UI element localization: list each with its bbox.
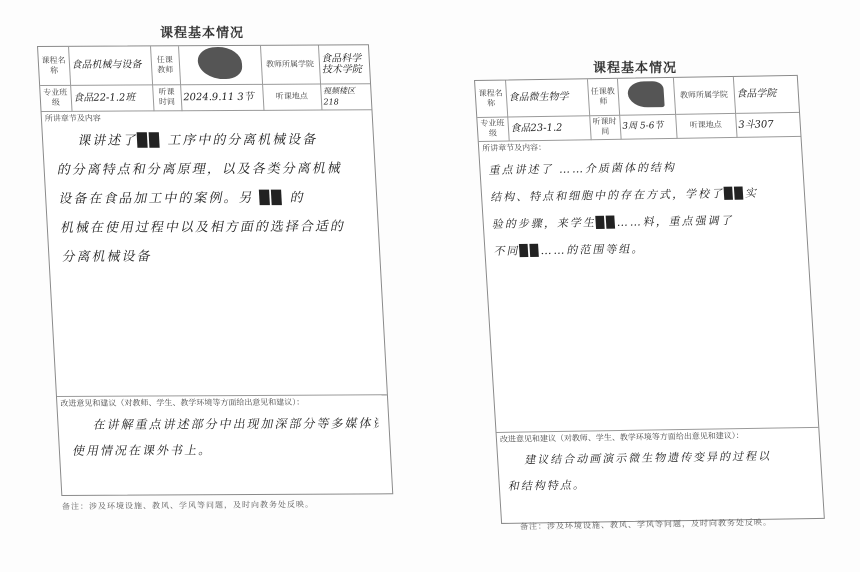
value-teacher (178, 46, 262, 84)
suggestion-line: 和结构特点。 (507, 469, 812, 500)
form-2-suggestion-section: 改进意见和建议（对教师、学生、教学环境等方面给出意见和建议）： 建议结合动画演示… (497, 427, 824, 522)
content-line: 课讲述了██ 工序中的分离机械设备 (54, 125, 363, 156)
form-1-suggestion-section: 改进意见和建议（对教师、学生、教学环境等方面给出意见和建议）： 在讲解重点讲述部… (57, 395, 392, 487)
label-listen-place: 听课地点 (262, 84, 321, 110)
label-teacher-college: 教师所属学院 (673, 77, 735, 114)
redaction-mark (627, 81, 665, 108)
content-handwriting: 课讲述了██ 工序中的分离机械设备 的分离特点和分离原理，以及各类分离机械 设备… (42, 123, 380, 272)
value-teacher-college: 食品科学技术学院 (318, 45, 370, 83)
value-course-name: 食品机械与设备 (68, 46, 152, 84)
label-listen-time: 听课时间 (152, 84, 181, 110)
content-line: 的分离特点和分离原理，以及各类分离机械 (56, 154, 365, 185)
value-listen-time: 2024.9.11 3节 (180, 84, 263, 110)
value-major-class: 食品23-1.2 (507, 115, 590, 140)
content-line: 不同██……的范围等组。 (493, 233, 798, 265)
form-2-title: 课程基本情况 (593, 57, 677, 76)
form-1-title: 课程基本情况 (160, 22, 244, 41)
value-teacher-college: 食品学院 (733, 76, 799, 113)
label-teacher: 任课教师 (587, 79, 619, 115)
value-teacher (617, 78, 675, 115)
form-1-content-section: 所讲章节及内容 课讲述了██ 工序中的分离机械设备 的分离特点和分离原理，以及各… (42, 110, 387, 397)
content-handwriting: 重点讲述了 ……介质菌体的结构 结构、特点和细胞中的存在方式，学校了██实 验的… (480, 149, 808, 264)
value-listen-place: 视频楼区218 (320, 83, 371, 109)
form-1: 课程名称 食品机械与设备 任课教师 教师所属学院 食品科学技术学院 专业班级 食… (37, 44, 393, 496)
form-1-footnote: 备注：涉及环境设施、教风、学风等问题，及时向教务处反映。 (62, 499, 314, 512)
value-course-name: 食品微生物学 (505, 79, 589, 116)
value-listen-place: 3斗307 (735, 112, 800, 137)
label-listen-place: 听课地点 (675, 113, 736, 138)
label-listen-time: 听课时间 (589, 115, 620, 139)
value-major-class: 食品22-1.2班 (70, 84, 153, 110)
value-listen-time: 3周 5-6节 (619, 114, 676, 139)
form-2: 课程名称 食品微生物学 任课教师 教师所属学院 食品学院 专业班级 食品23-1… (474, 75, 825, 524)
content-line: 设备在食品加工中的案例。另 ██ 的 (57, 183, 366, 214)
content-line: 结构、特点和细胞中的存在方式，学校了██实 (489, 179, 794, 211)
content-line: 机械在使用过程中以及相方面的选择合适的 (59, 212, 368, 243)
form-1-info-table: 课程名称 食品机械与设备 任课教师 教师所属学院 食品科学技术学院 专业班级 食… (38, 45, 371, 111)
redaction-mark (197, 47, 243, 79)
form-2-content-section: 所讲章节及内容： 重点讲述了 ……介质菌体的结构 结构、特点和细胞中的存在方式，… (479, 136, 819, 432)
label-teacher-college: 教师所属学院 (260, 46, 320, 84)
suggestion-handwriting: 建议结合动画演示微生物遗传变异的过程以 和结构特点。 (497, 440, 822, 499)
label-course-name: 课程名称 (38, 47, 70, 85)
suggestion-line: 使用情况在课外书上。 (71, 436, 380, 464)
label-major-class: 专业班级 (40, 85, 71, 111)
label-course-name: 课程名称 (475, 81, 507, 117)
suggestion-line: 在讲解重点讲述部分中出现加深部分等多媒体资源辅助 (70, 410, 379, 438)
content-line: 分离机械设备 (61, 241, 370, 272)
suggestion-line: 建议结合动画演示微生物遗传变异的过程以 (505, 443, 810, 474)
suggestion-handwriting: 在讲解重点讲述部分中出现加深部分等多媒体资源辅助 使用情况在课外书上。 (58, 408, 391, 464)
form-2-info-table: 课程名称 食品微生物学 任课教师 教师所属学院 食品学院 专业班级 食品23-1… (475, 76, 800, 142)
label-major-class: 专业班级 (477, 117, 508, 141)
label-teacher: 任课教师 (150, 46, 180, 84)
